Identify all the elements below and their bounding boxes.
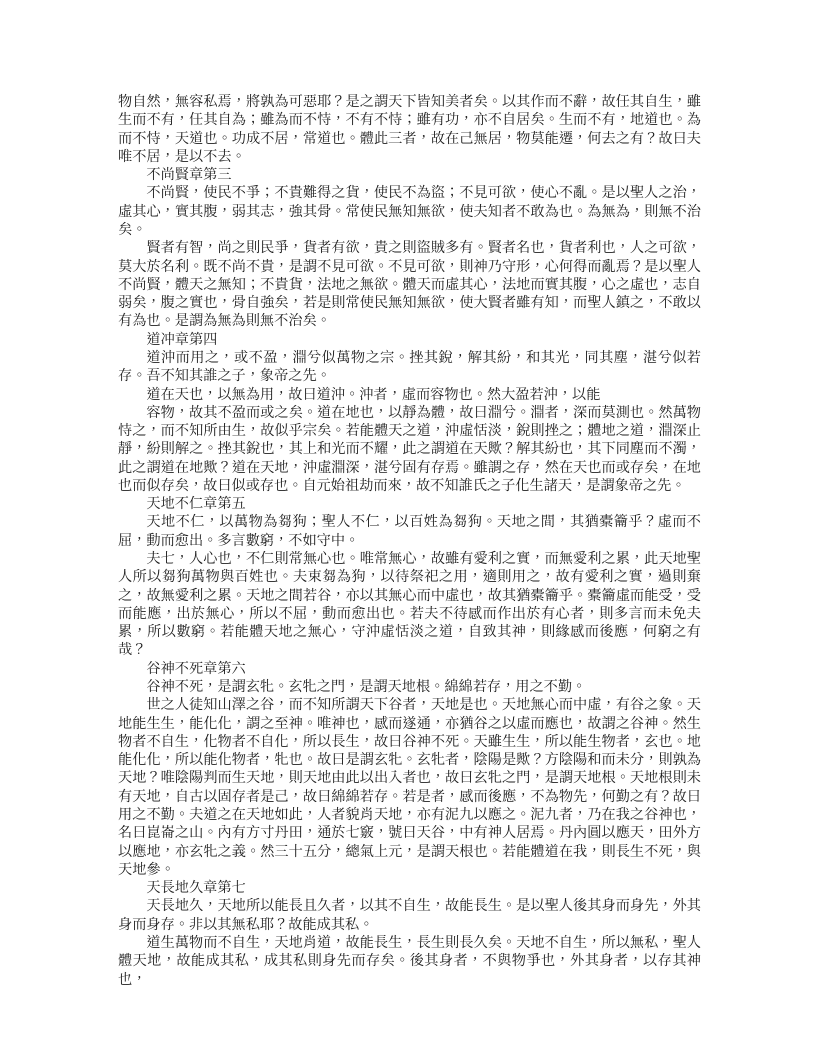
paragraph: 世之人徒知山澤之谷，而不知所謂天下谷者，天地是也。天地無心而中虛，有谷之象。天地… <box>118 696 701 879</box>
paragraph: 賢者有智，尚之則民爭，貨者有欲，貴之則盜賊多有。賢者名也，貨者利也，人之可欲，莫… <box>118 239 701 330</box>
paragraph: 不尚賢，使民不爭；不貴難得之貨，使民不為盜；不見可欲，使心不亂。是以聖人之治，虛… <box>118 184 701 239</box>
paragraph: 天長地久，天地所以能長且久者，以其不自生，故能長生。是以聖人後其身而身先，外其身… <box>118 897 701 934</box>
paragraph: 谷神不死，是謂玄牝。玄牝之門，是謂天地根。綿綿若存，用之不勤。 <box>118 678 701 696</box>
chapter-heading: 谷神不死章第六 <box>118 660 701 678</box>
paragraph: 物自然，無容私焉，將孰為可惡耶？是之謂天下皆知美者矣。以其作而不辭，故任其自生，… <box>118 93 701 166</box>
paragraph: 夫七，人心也，不仁則常無心也。唯常無心，故雖有愛利之實，而無愛利之累，此天地聖人… <box>118 550 701 660</box>
chapter-heading: 不尚賢章第三 <box>118 166 701 184</box>
paragraph: 天地不仁，以萬物為芻狗；聖人不仁，以百姓為芻狗。天地之間，其猶橐籥乎？虛而不屈，… <box>118 513 701 550</box>
chapter-heading: 天地不仁章第五 <box>118 495 701 513</box>
paragraph: 容物，故其不盈而或之矣。道在地也，以靜為體，故曰淵兮。淵者，深而莫測也。然萬物恃… <box>118 404 701 495</box>
chapter-heading: 天長地久章第七 <box>118 879 701 897</box>
chapter-heading: 道冲章第四 <box>118 331 701 349</box>
paragraph: 道沖而用之，或不盈，淵兮似萬物之宗。挫其銳，解其紛，和其光，同其塵，湛兮似若存。… <box>118 349 701 386</box>
paragraph: 道在天也，以無為用，故曰道沖。沖者，虛而容物也。然大盈若沖，以能 <box>118 386 701 404</box>
text-block: 物自然，無容私焉，將孰為可惡耶？是之謂天下皆知美者矣。以其作而不辭，故任其自生，… <box>118 93 701 989</box>
paragraph: 道生萬物而不自生，天地肖道，故能長生，長生則長久矣。天地不自生，所以無私，聖人體… <box>118 934 701 989</box>
document-page: 物自然，無容私焉，將孰為可惡耶？是之謂天下皆知美者矣。以其作而不辭，故任其自生，… <box>0 0 816 1056</box>
